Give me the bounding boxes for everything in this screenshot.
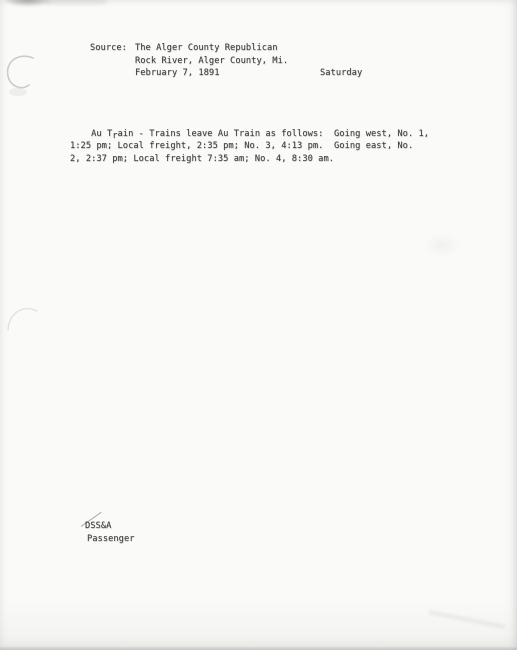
railroad-abbreviation: DSS&A <box>85 520 111 533</box>
article-line-1: Au Train - Trains leave Au Train as foll… <box>70 128 429 141</box>
publication-date: February 7, 1891 <box>135 67 220 80</box>
page-edge-shadow <box>510 0 517 650</box>
article-line-2: 1:25 pm; Local freight, 2:35 pm; No. 3, … <box>70 140 413 153</box>
scan-smudge-icon <box>424 234 460 256</box>
train-category: Passenger <box>87 533 135 546</box>
pencil-arc-icon <box>2 50 44 100</box>
article-line-1-pre: Au T <box>70 129 112 139</box>
source-label: Source: <box>90 42 127 55</box>
publication-location: Rock River, Alger County, Mi. <box>135 55 288 68</box>
scan-smudge-icon <box>5 0 51 6</box>
scan-shading <box>0 598 517 650</box>
scan-smudge-icon <box>46 0 106 4</box>
pencil-arc-icon <box>4 300 42 338</box>
article-line-3: 2, 2:37 pm; Local freight 7:35 am; No. 4… <box>70 153 334 166</box>
article-line-1-post: ain - Trains leave Au Train as follows: … <box>118 129 430 139</box>
publication-name: The Alger County Republican <box>135 42 278 55</box>
day-of-week: Saturday <box>320 67 362 80</box>
scanned-document-page: Source: The Alger County Republican Rock… <box>0 0 517 650</box>
